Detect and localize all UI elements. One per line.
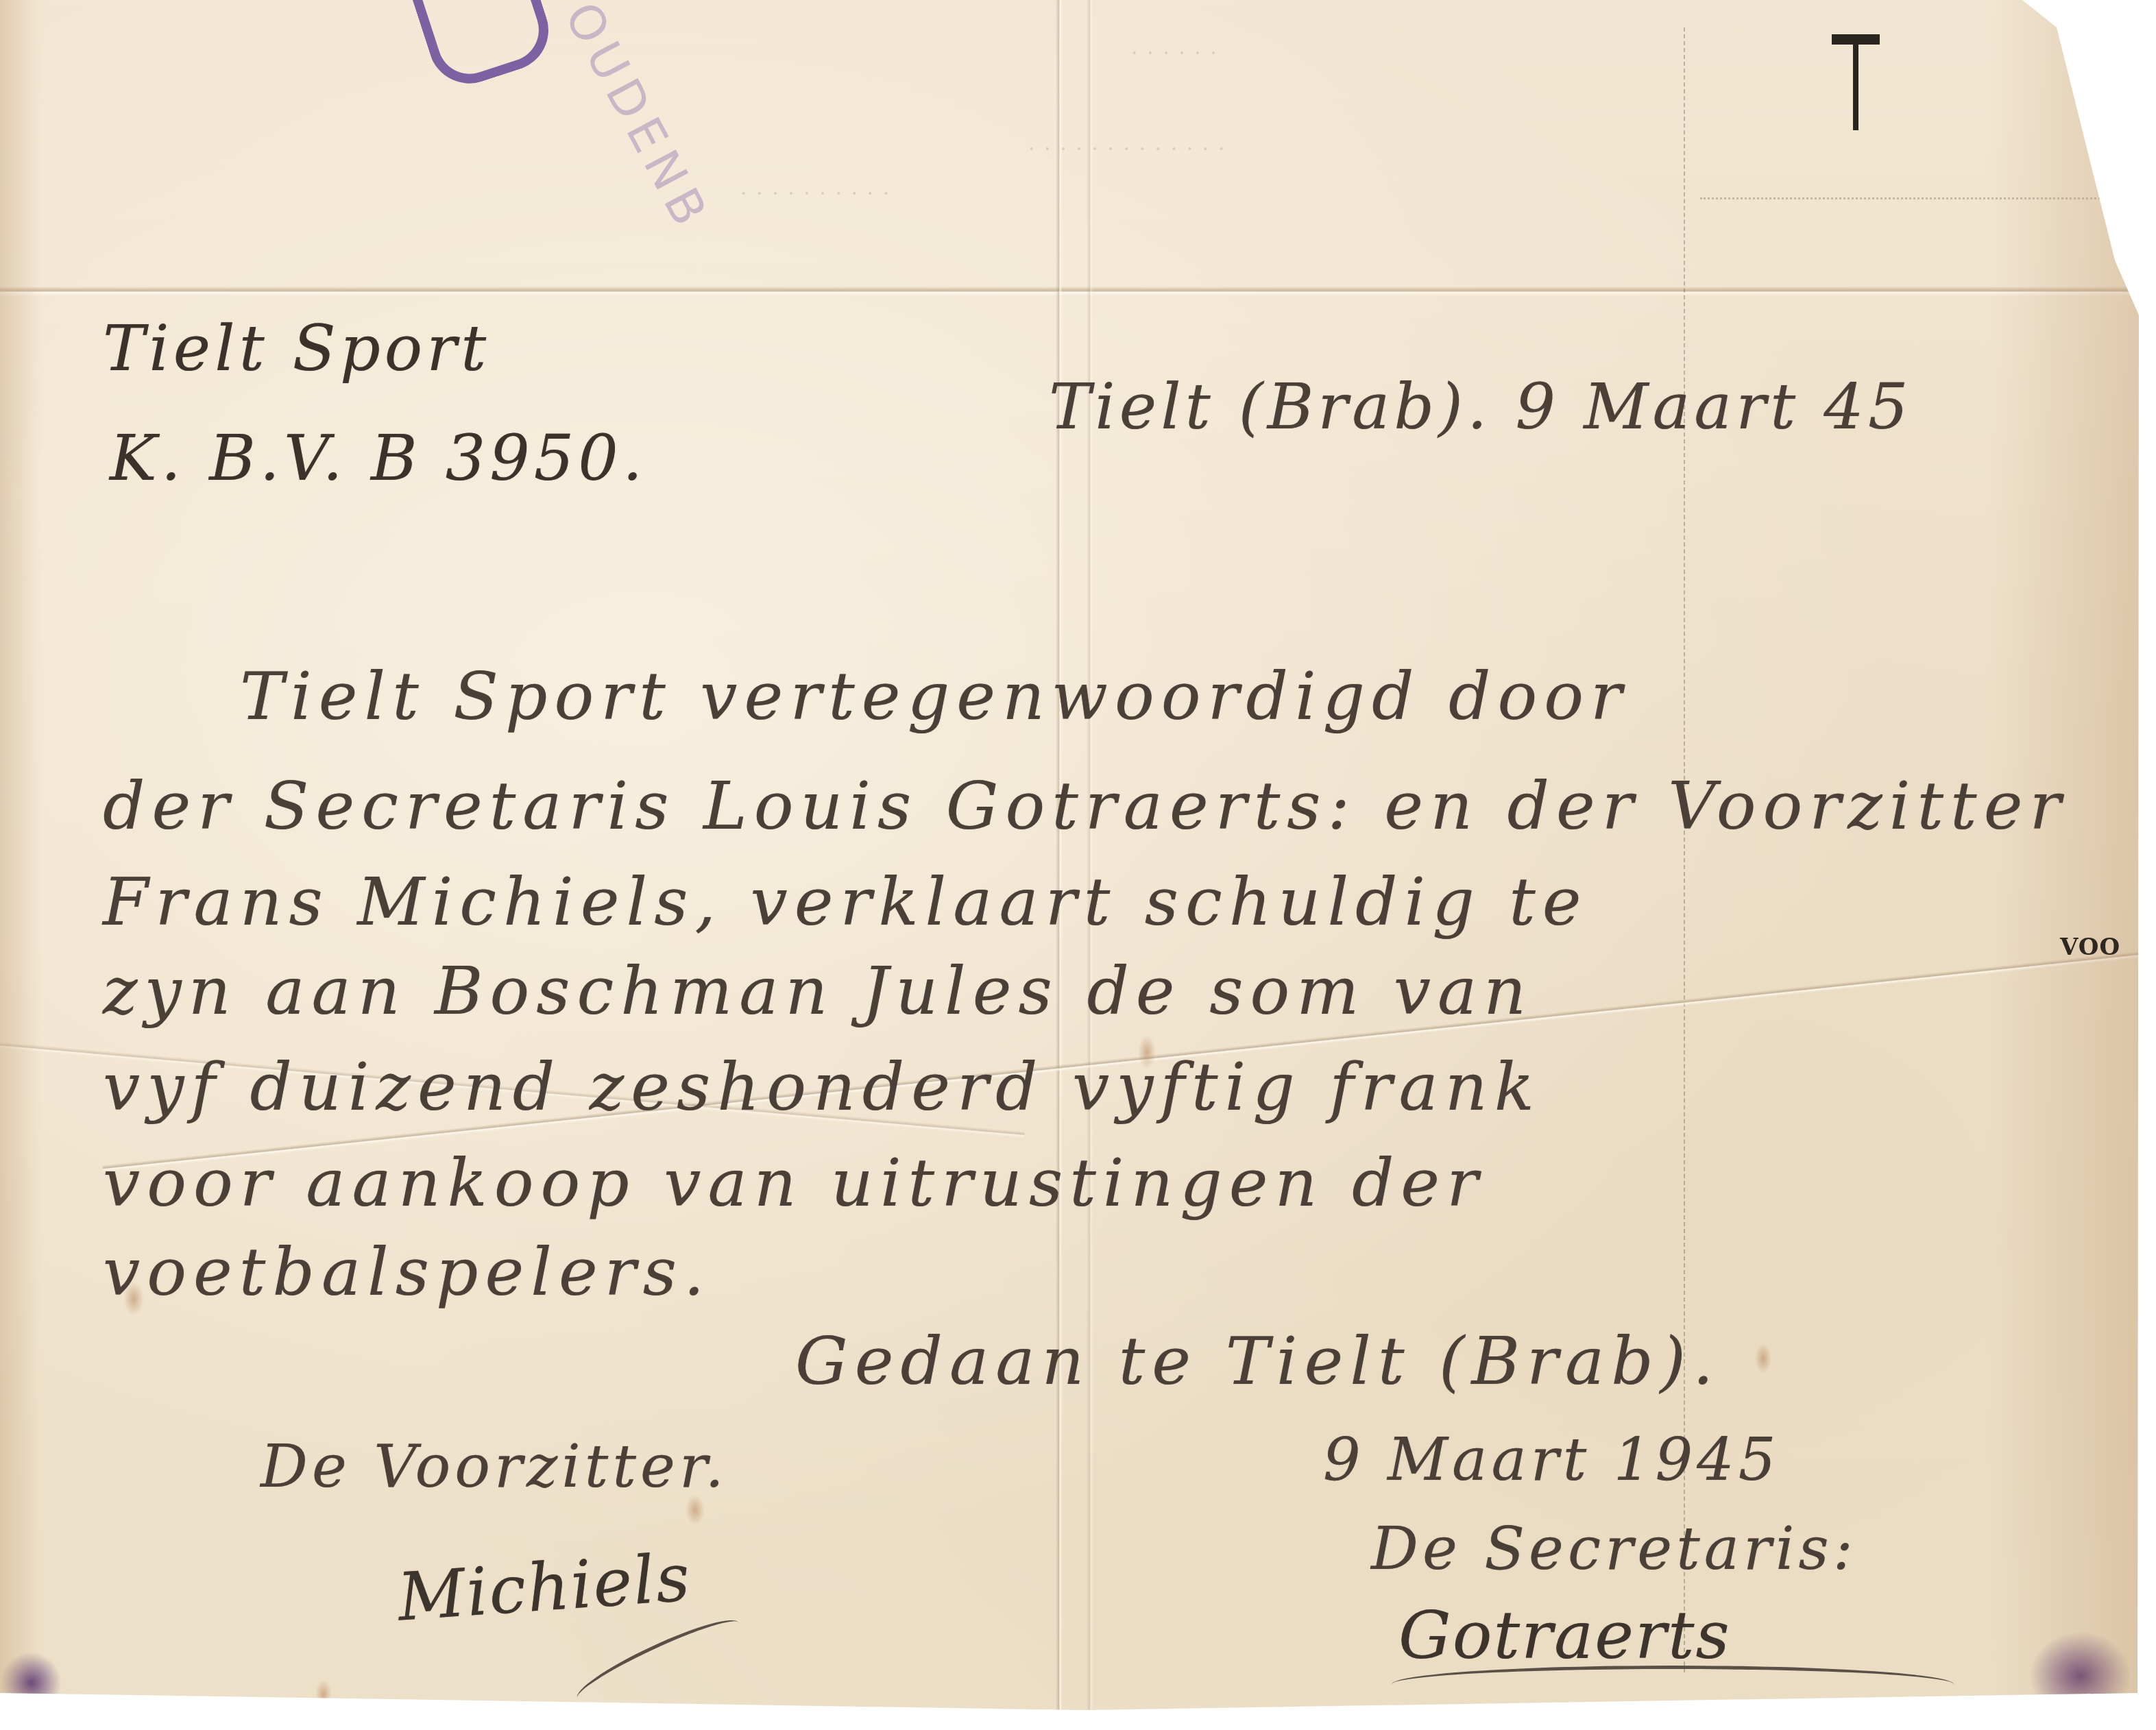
closing-date: 9 Maart 1945	[1323, 1426, 1780, 1494]
vertical-fold	[1087, 0, 1093, 1710]
faded-printed-text: · · · · · · · · · ·	[740, 182, 891, 206]
body-line: der Secretaris Louis Gotraerts: en der V…	[103, 768, 2068, 844]
vertical-fold	[1056, 0, 1063, 1710]
place-date: Tielt (Brab). 9 Maart 45	[1049, 370, 1912, 443]
body-line: Tielt Sport vertegenwoordigd door	[240, 658, 1629, 735]
edge-discoloration	[0, 0, 41, 1710]
done-at-place: Gedaan te Tielt (Brab).	[795, 1323, 1721, 1400]
rust-spot	[1755, 1343, 1771, 1374]
secretary-signature-flourish	[1392, 1666, 1954, 1703]
purple-stamp-stroke	[406, 0, 559, 94]
horizontal-fold	[0, 287, 2139, 296]
body-line: voor aankoop van uitrustingen der	[103, 1145, 1485, 1221]
body-line: Frans Michiels, verklaart schuldig te	[103, 864, 1588, 940]
body-line: voetbalspelers.	[103, 1234, 712, 1311]
body-line: zyn aan Boschman Jules de som van	[103, 953, 1533, 1030]
edge-discoloration	[1988, 0, 2139, 1710]
t-mark-stem	[1853, 45, 1858, 130]
faded-printed-text: · · · · · ·	[1131, 41, 1218, 65]
chairman-title: De Voorzitter.	[261, 1433, 728, 1501]
body-line: vyf duizend zeshonderd vyftig frank	[103, 1049, 1541, 1125]
club-name: Tielt Sport	[103, 312, 490, 385]
club-registration: K. B.V. B 3950.	[110, 422, 646, 495]
purple-stamp-faint-text: OUDENB	[554, 0, 721, 241]
secretary-title: De Secretaris:	[1371, 1515, 1857, 1583]
t-mark-bar	[1832, 34, 1880, 45]
secretary-signature: Gotraerts	[1398, 1597, 1731, 1674]
printed-t-mark	[1832, 34, 1880, 130]
printed-text-fragment: VOO	[2060, 934, 2120, 961]
rust-spot	[315, 1679, 332, 1709]
